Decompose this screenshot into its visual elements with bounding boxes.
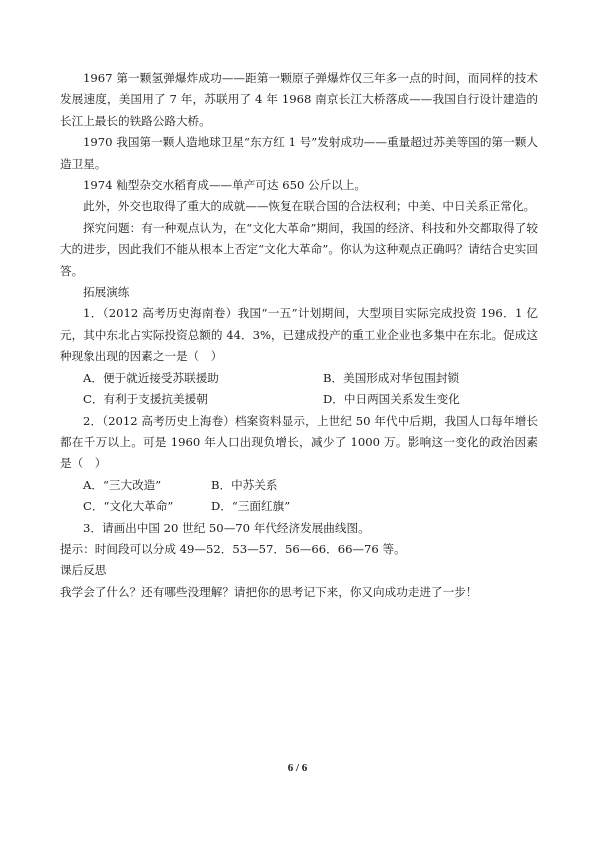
- question-1-option-c: C．有利于支援抗美援朝: [83, 389, 323, 410]
- question-1-stem: 1．（2012 高考历史海南卷）我国“一五”计划期间，大型项目实际完成投资 19…: [60, 303, 538, 367]
- question-2-option-c: C．“文化大革命”: [83, 496, 211, 517]
- question-2-option-d: D．“三面红旗”: [211, 496, 290, 517]
- reflection-text: 我学会了什么？还有哪些没理解？请把你的思考记下来，你又向成功走进了一步！: [60, 582, 538, 603]
- question-2-options-row-1: A．“三大改造” B．中苏关系: [60, 475, 538, 496]
- question-1-options-row-2: C．有利于支援抗美援朝 D．中日两国关系发生变化: [60, 389, 538, 410]
- question-1-option-a: A．便于就近接受苏联援助: [83, 368, 323, 389]
- question-3-stem: 3．请画出中国 20 世纪 50—70 年代经济发展曲线图。: [60, 518, 538, 539]
- question-2-options-row-2: C．“文化大革命” D．“三面红旗”: [60, 496, 538, 517]
- question-1-option-d: D．中日两国关系发生变化: [323, 389, 460, 410]
- document-body: 1967 第一颗氢弹爆炸成功——距第一颗原子弹爆炸仅三年多一点的时间，而同样的技…: [60, 68, 538, 603]
- page-number: 6 / 6: [0, 762, 595, 774]
- paragraph-inquiry: 探究问题：有一种观点认为，在“文化大革命”期间，我国的经济、科技和外交都取得了较…: [60, 218, 538, 282]
- question-2-option-b: B．中苏关系: [211, 475, 278, 496]
- paragraph-satellite: 1970 我国第一颗人造地球卫星“东方红 1 号”发射成功——重量超过苏美等国的…: [60, 132, 538, 175]
- paragraph-rice: 1974 籼型杂交水稻育成——单产可达 650 公斤以上。: [60, 175, 538, 196]
- paragraph-hydrogen-bomb: 1967 第一颗氢弹爆炸成功——距第一颗原子弹爆炸仅三年多一点的时间，而同样的技…: [60, 68, 538, 132]
- question-1-option-b: B．美国形成对华包围封锁: [323, 368, 459, 389]
- question-1-options-row-1: A．便于就近接受苏联援助 B．美国形成对华包围封锁: [60, 368, 538, 389]
- question-2-option-a: A．“三大改造”: [83, 475, 211, 496]
- paragraph-diplomacy: 此外，外交也取得了重大的成就——恢复在联合国的合法权利；中美、中日关系正常化。: [60, 196, 538, 217]
- question-2-stem: 2．（2012 高考历史上海卷）档案资料显示，上世纪 50 年代中后期，我国人口…: [60, 411, 538, 475]
- reflection-title: 课后反思: [60, 560, 538, 581]
- hint-text: 提示：时间段可以分成 49—52．53—57．56—66．66—76 等。: [60, 539, 538, 560]
- section-heading-practice: 拓展演练: [60, 282, 538, 303]
